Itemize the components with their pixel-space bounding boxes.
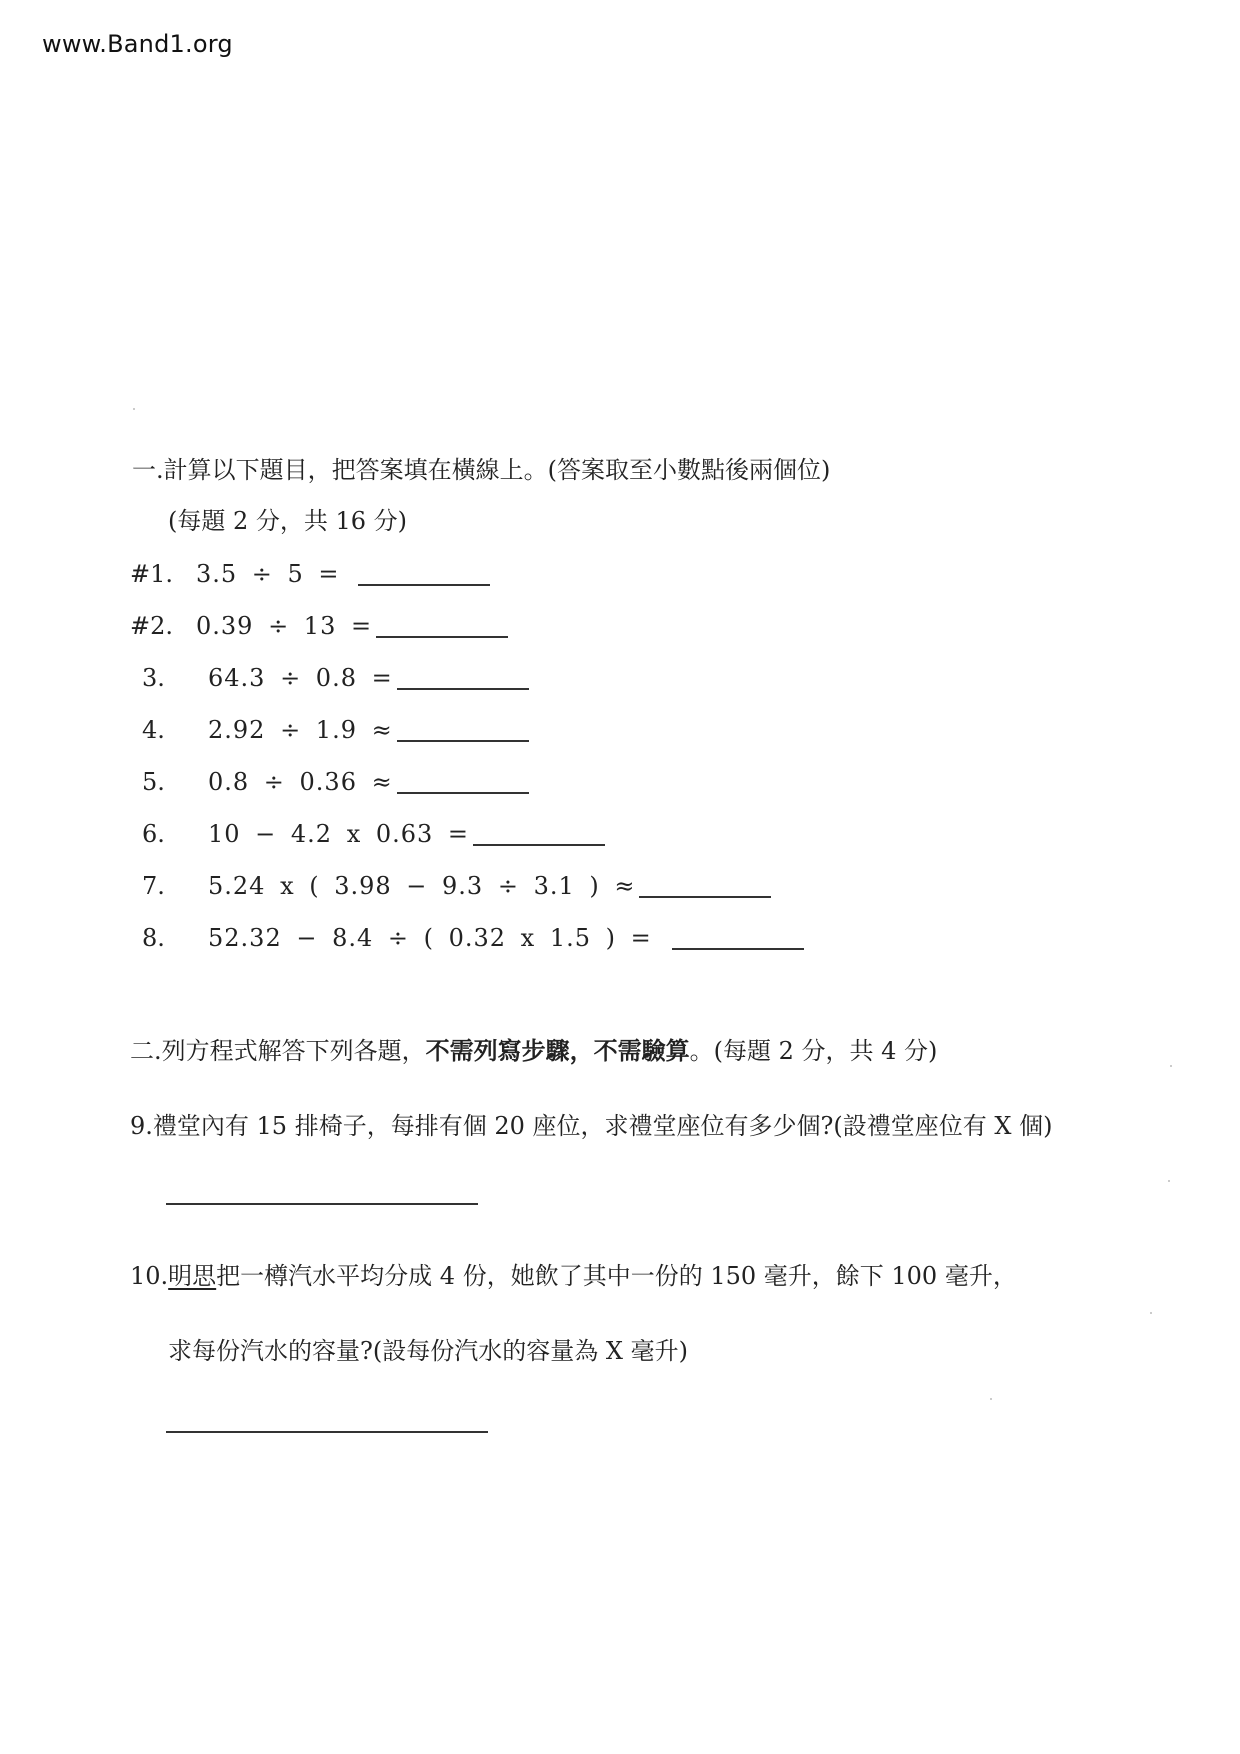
question-10: 10.明思把一樽汽水平均分成 4 份，她飲了其中一份的 150 毫升，餘下 10…: [130, 1261, 1017, 1291]
question-expression: 5.24 x ( 3.98 − 9.3 ÷ 3.1 ) ≈: [196, 871, 635, 901]
question-number: #1.: [130, 559, 196, 589]
question-expression: 52.32 − 8.4 ÷ ( 0.32 x 1.5 ) =: [196, 923, 652, 953]
scan-speck: [1170, 1065, 1172, 1067]
scan-speck: [1168, 1180, 1170, 1182]
question-6: 6.10 − 4.2 x 0.63 =: [130, 819, 605, 849]
answer-blank[interactable]: [473, 844, 605, 846]
question-number: #2.: [130, 611, 196, 641]
question-10-answer-line[interactable]: [166, 1431, 488, 1433]
question-9-answer-line[interactable]: [166, 1203, 478, 1205]
answer-blank[interactable]: [639, 896, 771, 898]
answer-blank[interactable]: [397, 688, 529, 690]
question-number: 7.: [130, 871, 196, 901]
question-expression: 0.39 ÷ 13 =: [196, 611, 372, 641]
question-number: 4.: [130, 715, 196, 745]
section2-heading-emphasis: 不需列寫步驟，不需驗算: [426, 1036, 690, 1065]
question-5: 5.0.8 ÷ 0.36 ≈: [130, 767, 529, 797]
question-3: 3.64.3 ÷ 0.8 =: [130, 663, 529, 693]
question-number: 9.: [130, 1112, 153, 1140]
question-expression: 2.92 ÷ 1.9 ≈: [196, 715, 393, 745]
section1-heading: 一.計算以下題目，把答案填在橫線上。(答案取至小數點後兩個位): [132, 455, 830, 485]
question-expression: 10 − 4.2 x 0.63 =: [196, 819, 469, 849]
question-expression: 3.5 ÷ 5 =: [196, 559, 340, 589]
question-2: #2.0.39 ÷ 13 =: [130, 611, 508, 641]
scan-speck: [133, 408, 135, 410]
scan-speck: [1150, 1312, 1152, 1314]
question-text-line1: 把一樽汽水平均分成 4 份，她飲了其中一份的 150 毫升，餘下 100 毫升，: [216, 1262, 1017, 1290]
question-number: 3.: [130, 663, 196, 693]
person-name: 明思: [168, 1262, 216, 1290]
question-10-line2: 求每份汽水的容量?(設每份汽水的容量為 X 毫升): [168, 1336, 688, 1366]
question-text: 禮堂內有 15 排椅子，每排有個 20 座位，求禮堂座位有多少個?(設禮堂座位有…: [153, 1112, 1053, 1140]
question-number: 8.: [130, 923, 196, 953]
section2-heading-marks: 。(每題 2 分，共 4 分): [690, 1037, 938, 1065]
answer-blank[interactable]: [672, 948, 804, 950]
question-9: 9.禮堂內有 15 排椅子，每排有個 20 座位，求禮堂座位有多少個?(設禮堂座…: [130, 1111, 1052, 1141]
answer-blank[interactable]: [397, 740, 529, 742]
question-number: 5.: [130, 767, 196, 797]
question-8: 8.52.32 − 8.4 ÷ ( 0.32 x 1.5 ) =: [130, 923, 804, 953]
scan-speck: [990, 1398, 992, 1400]
answer-blank[interactable]: [376, 636, 508, 638]
section2-heading-text: 二.列方程式解答下列各題，: [130, 1037, 426, 1065]
answer-blank[interactable]: [358, 584, 490, 586]
watermark: www.Band1.org: [42, 30, 233, 58]
question-number: 6.: [130, 819, 196, 849]
question-expression: 64.3 ÷ 0.8 =: [196, 663, 393, 693]
question-number: 10.: [130, 1262, 168, 1290]
question-7: 7.5.24 x ( 3.98 − 9.3 ÷ 3.1 ) ≈: [130, 871, 771, 901]
answer-blank[interactable]: [397, 792, 529, 794]
question-expression: 0.8 ÷ 0.36 ≈: [196, 767, 393, 797]
question-1: #1.3.5 ÷ 5 =: [130, 559, 490, 589]
question-4: 4.2.92 ÷ 1.9 ≈: [130, 715, 529, 745]
section1-marks: (每題 2 分，共 16 分): [168, 506, 407, 536]
section2-heading: 二.列方程式解答下列各題，不需列寫步驟，不需驗算。(每題 2 分，共 4 分): [130, 1036, 937, 1066]
